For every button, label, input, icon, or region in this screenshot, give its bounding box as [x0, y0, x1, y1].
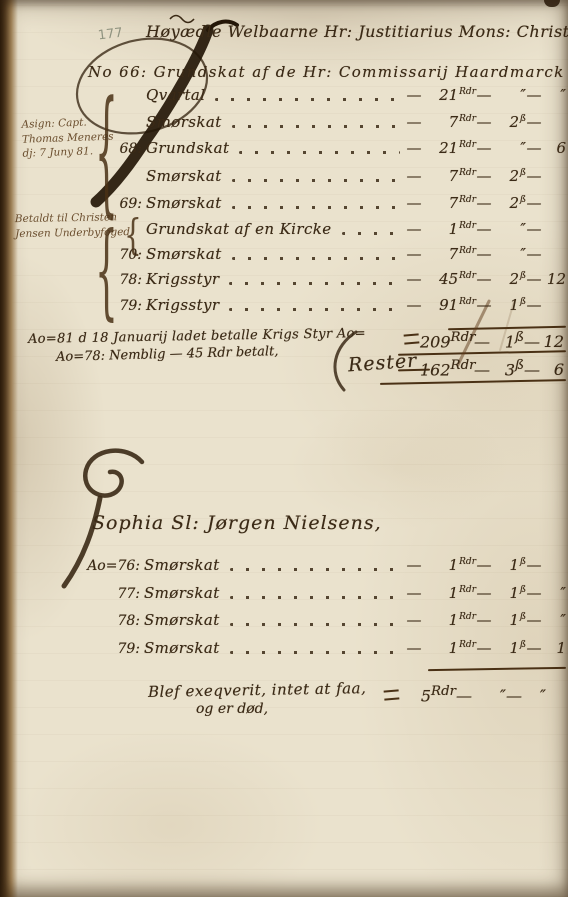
amount-dash: — [476, 139, 492, 157]
row-amount: —7Rdr—2ß— [406, 167, 566, 185]
amount-value: 1 [509, 556, 519, 574]
row-year: 77: [84, 586, 144, 602]
amount-rixdollar: 209Rdr [420, 330, 474, 351]
amount-skilling: 1ß [492, 584, 526, 602]
row-amount: —1Rdr—1ß—″ [406, 584, 566, 602]
rixdollar-unit: Rdr [459, 195, 476, 205]
row-amount: —7Rdr—″— [406, 245, 566, 263]
amount-rixdollar: 7Rdr [422, 245, 476, 263]
amount-extra: ″ [522, 686, 546, 705]
dotted-leader [215, 98, 400, 101]
amount-extra: 12 [540, 332, 564, 351]
dotted-leader [232, 125, 400, 128]
amount-skilling: 1ß [492, 611, 526, 629]
amount-value: 1 [449, 556, 459, 574]
amount-dash: — [526, 296, 542, 314]
row-year: 79: [84, 641, 144, 657]
manuscript-page: 177 Høyædle Welbaarne Hr: Justitiarius M… [0, 0, 568, 897]
row-amount: —7Rdr—2ß— [406, 194, 566, 212]
amount-skilling: ″ [492, 86, 526, 104]
amount-dash: — [476, 584, 492, 602]
amount-dash: — [406, 139, 422, 157]
row-label: Smørskat [144, 611, 220, 629]
ledger-row: Smørskat—7Rdr—2ß— [106, 113, 566, 137]
equals-mark [404, 333, 420, 344]
amount-dash: — [524, 332, 540, 351]
row-amount: —1Rdr—1ß—1 [406, 639, 566, 657]
amount-value: 1 [509, 611, 519, 629]
row-year: 79: [106, 298, 146, 314]
summary-note-line1: Ao=81 d 18 Januarij ladet betalle Krigs … [28, 326, 366, 347]
ledger-row: Qvartal—21Rdr—″—″ [106, 86, 566, 110]
amount-value: 1 [449, 584, 459, 602]
amount-rixdollar: 21Rdr [422, 86, 476, 104]
amount-value: 7 [449, 245, 459, 263]
amount-extra: 6 [542, 139, 566, 157]
amount-dash: — [406, 270, 422, 288]
amount-skilling: 1ß [492, 296, 526, 314]
row-year: 70: [106, 247, 146, 263]
amount-dash: — [476, 194, 492, 212]
summary-note-line2: Ao=78: Nemblig — 45 Rdr betalt, [56, 344, 279, 365]
ledger-row: 70:Smørskat—7Rdr—″— [106, 245, 566, 269]
amount-dash: — [476, 86, 492, 104]
rixdollar-unit: Rdr [431, 684, 456, 699]
amount-dash: — [406, 167, 422, 185]
amount-value: 1 [505, 332, 515, 351]
rixdollar-unit: Rdr [459, 640, 476, 650]
section2-title: Sophia Sl: Jørgen Nielsens, [92, 512, 382, 534]
dotted-leader [232, 206, 400, 209]
row-amount: —91Rdr—1ß— [406, 296, 566, 314]
amount-skilling: 2ß [492, 270, 526, 288]
amount-dash: — [526, 611, 542, 629]
amount-extra: 1 [542, 639, 566, 657]
amount-value: 21 [439, 86, 458, 104]
section1-title-line1: Høyædle Welbaarne Hr: Justitiarius Mons:… [146, 22, 568, 41]
amount-dash: — [476, 296, 492, 314]
amount-dash: — [526, 167, 542, 185]
ledger-row: Grundskat af en Kircke—1Rdr—″— [106, 220, 566, 244]
dotted-leader [230, 651, 400, 654]
dotted-leader [342, 232, 400, 235]
row-amount: —1Rdr—1ß—″ [406, 611, 566, 629]
amount-dash: — [476, 167, 492, 185]
amount-dash: — [406, 113, 422, 131]
amount-value: 209 [420, 332, 451, 351]
amount-skilling: 3ß [490, 358, 524, 379]
amount-value: 1 [449, 639, 459, 657]
amount-skilling: 1ß [492, 556, 526, 574]
section1-total-amount: 209Rdr—1ß—12 [420, 330, 564, 351]
amount-value: 7 [449, 167, 459, 185]
row-amount: —21Rdr—″—6 [406, 139, 566, 157]
amount-value: 5 [421, 686, 431, 705]
amount-dash: — [476, 270, 492, 288]
ledger-row: 69:Smørskat—7Rdr—2ß— [106, 194, 566, 218]
skilling-unit: ß [515, 358, 524, 373]
amount-extra: ″ [542, 86, 566, 104]
ledger-row: 79:Krigsstyr—91Rdr—1ß— [106, 296, 566, 320]
amount-skilling: ″ [492, 220, 526, 238]
rixdollar-unit: Rdr [459, 246, 476, 256]
rixdollar-unit: Rdr [459, 140, 476, 150]
amount-dash: — [474, 332, 490, 351]
amount-value: 1 [449, 611, 459, 629]
amount-rixdollar: 1Rdr [422, 639, 476, 657]
amount-extra: ″ [542, 611, 566, 629]
amount-rixdollar: 1Rdr [422, 556, 476, 574]
amount-dash: — [526, 86, 542, 104]
amount-skilling: ″ [492, 245, 526, 263]
amount-dash: — [476, 611, 492, 629]
ledger-row: Ao=76:Smørskat—1Rdr—1ß— [84, 556, 566, 580]
dotted-leader [230, 623, 400, 626]
amount-value: 162 [420, 360, 451, 379]
row-amount: —7Rdr—2ß— [406, 113, 566, 131]
ledger-row: 68:Grundskat—21Rdr—″—6 [106, 139, 566, 163]
amount-skilling: 1ß [492, 639, 526, 657]
amount-dash: — [476, 113, 492, 131]
amount-dash: — [526, 584, 542, 602]
dotted-leader [239, 151, 400, 154]
amount-dash: — [406, 86, 422, 104]
page-edge-nick [544, 0, 560, 7]
amount-skilling: ″ [472, 686, 506, 705]
row-year: 78: [84, 613, 144, 629]
amount-dash: — [406, 296, 422, 314]
ledger-row: 78:Krigsstyr—45Rdr—2ß—12 [106, 270, 566, 294]
amount-rixdollar: 1Rdr [422, 611, 476, 629]
rixdollar-unit: Rdr [459, 271, 476, 281]
row-amount: —1Rdr—″— [406, 220, 566, 238]
amount-dash: — [476, 639, 492, 657]
row-label: Smørskat [144, 556, 220, 574]
section2-footer-line1: Blef exeqverit, intet at faa, [148, 679, 367, 701]
amount-rixdollar: 7Rdr [422, 113, 476, 131]
amount-dash: — [406, 584, 422, 602]
amount-dash: — [474, 360, 490, 379]
amount-dash: — [526, 139, 542, 157]
amount-value: 2 [509, 167, 519, 185]
amount-value: 2 [509, 194, 519, 212]
row-label: Smørskat [146, 113, 222, 131]
rixdollar-unit: Rdr [451, 358, 476, 373]
rixdollar-unit: Rdr [459, 87, 476, 97]
section2-total-amount: 5Rdr—″—″ [402, 684, 546, 705]
row-label: Smørskat [146, 194, 222, 212]
dotted-leader [229, 282, 400, 285]
amount-dash: — [526, 639, 542, 657]
amount-skilling: 2ß [492, 113, 526, 131]
rixdollar-unit: Rdr [459, 585, 476, 595]
amount-dash: — [406, 611, 422, 629]
equals-mark [384, 689, 400, 700]
amount-extra: 6 [540, 360, 564, 379]
amount-dash: — [406, 556, 422, 574]
row-amount: —21Rdr—″—″ [406, 86, 566, 104]
rixdollar-unit: Rdr [459, 612, 476, 622]
section1-title-line2: No 66: Grundskat af de Hr: Commissarij H… [88, 63, 565, 81]
rixdollar-unit: Rdr [459, 297, 476, 307]
section2-footer-line2: og er død, [196, 701, 268, 717]
amount-value: 2 [509, 113, 519, 131]
amount-dash: — [476, 245, 492, 263]
row-year: Ao=76: [84, 558, 144, 574]
dotted-leader [232, 179, 400, 182]
row-label: Smørskat [146, 167, 222, 185]
row-amount: —45Rdr—2ß—12 [406, 270, 566, 288]
row-label: Grundskat [146, 139, 229, 157]
amount-value: 7 [449, 194, 459, 212]
row-year: 69: [106, 196, 146, 212]
rixdollar-unit: Rdr [459, 221, 476, 231]
amount-skilling: 1ß [490, 330, 524, 351]
row-label: Smørskat [144, 584, 220, 602]
amount-value: 21 [439, 139, 458, 157]
amount-value: 91 [439, 296, 458, 314]
amount-rixdollar: 21Rdr [422, 139, 476, 157]
amount-dash: — [526, 220, 542, 238]
amount-dash: — [526, 270, 542, 288]
amount-dash: — [476, 556, 492, 574]
row-label: Smørskat [146, 245, 222, 263]
total-rule [380, 379, 566, 385]
ledger-row: 77:Smørskat—1Rdr—1ß—″ [84, 584, 566, 608]
amount-extra: ″ [542, 584, 566, 602]
skilling-unit: ß [515, 330, 524, 345]
amount-value: 1 [509, 584, 519, 602]
amount-dash: — [506, 686, 522, 705]
rixdollar-unit: Rdr [459, 168, 476, 178]
amount-dash: — [526, 556, 542, 574]
amount-dash: — [456, 686, 472, 705]
amount-dash: — [526, 113, 542, 131]
section1-rester-amount: 162Rdr—3ß—6 [420, 358, 564, 379]
rixdollar-unit: Rdr [459, 114, 476, 124]
amount-dash: — [406, 639, 422, 657]
binding-edge [0, 0, 18, 897]
amount-skilling: 2ß [492, 167, 526, 185]
amount-value: 3 [505, 360, 515, 379]
amount-rixdollar: 7Rdr [422, 194, 476, 212]
amount-dash: — [406, 220, 422, 238]
dotted-leader [230, 596, 400, 599]
amount-dash: — [406, 194, 422, 212]
amount-rixdollar: 1Rdr [422, 584, 476, 602]
ledger-row: 79:Smørskat—1Rdr—1ß—1 [84, 639, 566, 663]
row-label: Smørskat [144, 639, 220, 657]
amount-dash: — [476, 220, 492, 238]
amount-value: 1 [509, 296, 519, 314]
rixdollar-unit: Rdr [451, 330, 476, 345]
rixdollar-unit: Rdr [459, 557, 476, 567]
amount-value: 1 [509, 639, 519, 657]
amount-rixdollar: 7Rdr [422, 167, 476, 185]
row-label: Krigsstyr [146, 270, 219, 288]
dotted-leader [229, 308, 400, 311]
dotted-leader [232, 257, 400, 260]
row-year: 78: [106, 272, 146, 288]
amount-skilling: 2ß [492, 194, 526, 212]
amount-value: 45 [439, 270, 458, 288]
row-amount: —1Rdr—1ß— [406, 556, 566, 574]
amount-rixdollar: 5Rdr [402, 684, 456, 705]
pencil-page-number: 177 [97, 26, 123, 44]
amount-rixdollar: 1Rdr [422, 220, 476, 238]
amount-dash: — [524, 360, 540, 379]
ledger-row: Smørskat—7Rdr—2ß— [106, 167, 566, 191]
amount-dash: — [406, 245, 422, 263]
amount-extra: 12 [542, 270, 566, 288]
amount-value: 1 [449, 220, 459, 238]
ledger-row: 78:Smørskat—1Rdr—1ß—″ [84, 611, 566, 635]
row-label: Krigsstyr [146, 296, 219, 314]
row-label: Grundskat af en Kircke [146, 220, 332, 238]
row-label: Qvartal [146, 86, 205, 104]
total-rule [428, 667, 566, 671]
amount-dash: — [526, 245, 542, 263]
row-year: 68: [106, 141, 146, 157]
amount-rixdollar: 162Rdr [420, 358, 474, 379]
amount-value: 7 [449, 113, 459, 131]
amount-skilling: ″ [492, 139, 526, 157]
amount-value: 2 [509, 270, 519, 288]
amount-rixdollar: 45Rdr [422, 270, 476, 288]
amount-rixdollar: 91Rdr [422, 296, 476, 314]
amount-dash: — [526, 194, 542, 212]
dotted-leader [230, 568, 400, 571]
